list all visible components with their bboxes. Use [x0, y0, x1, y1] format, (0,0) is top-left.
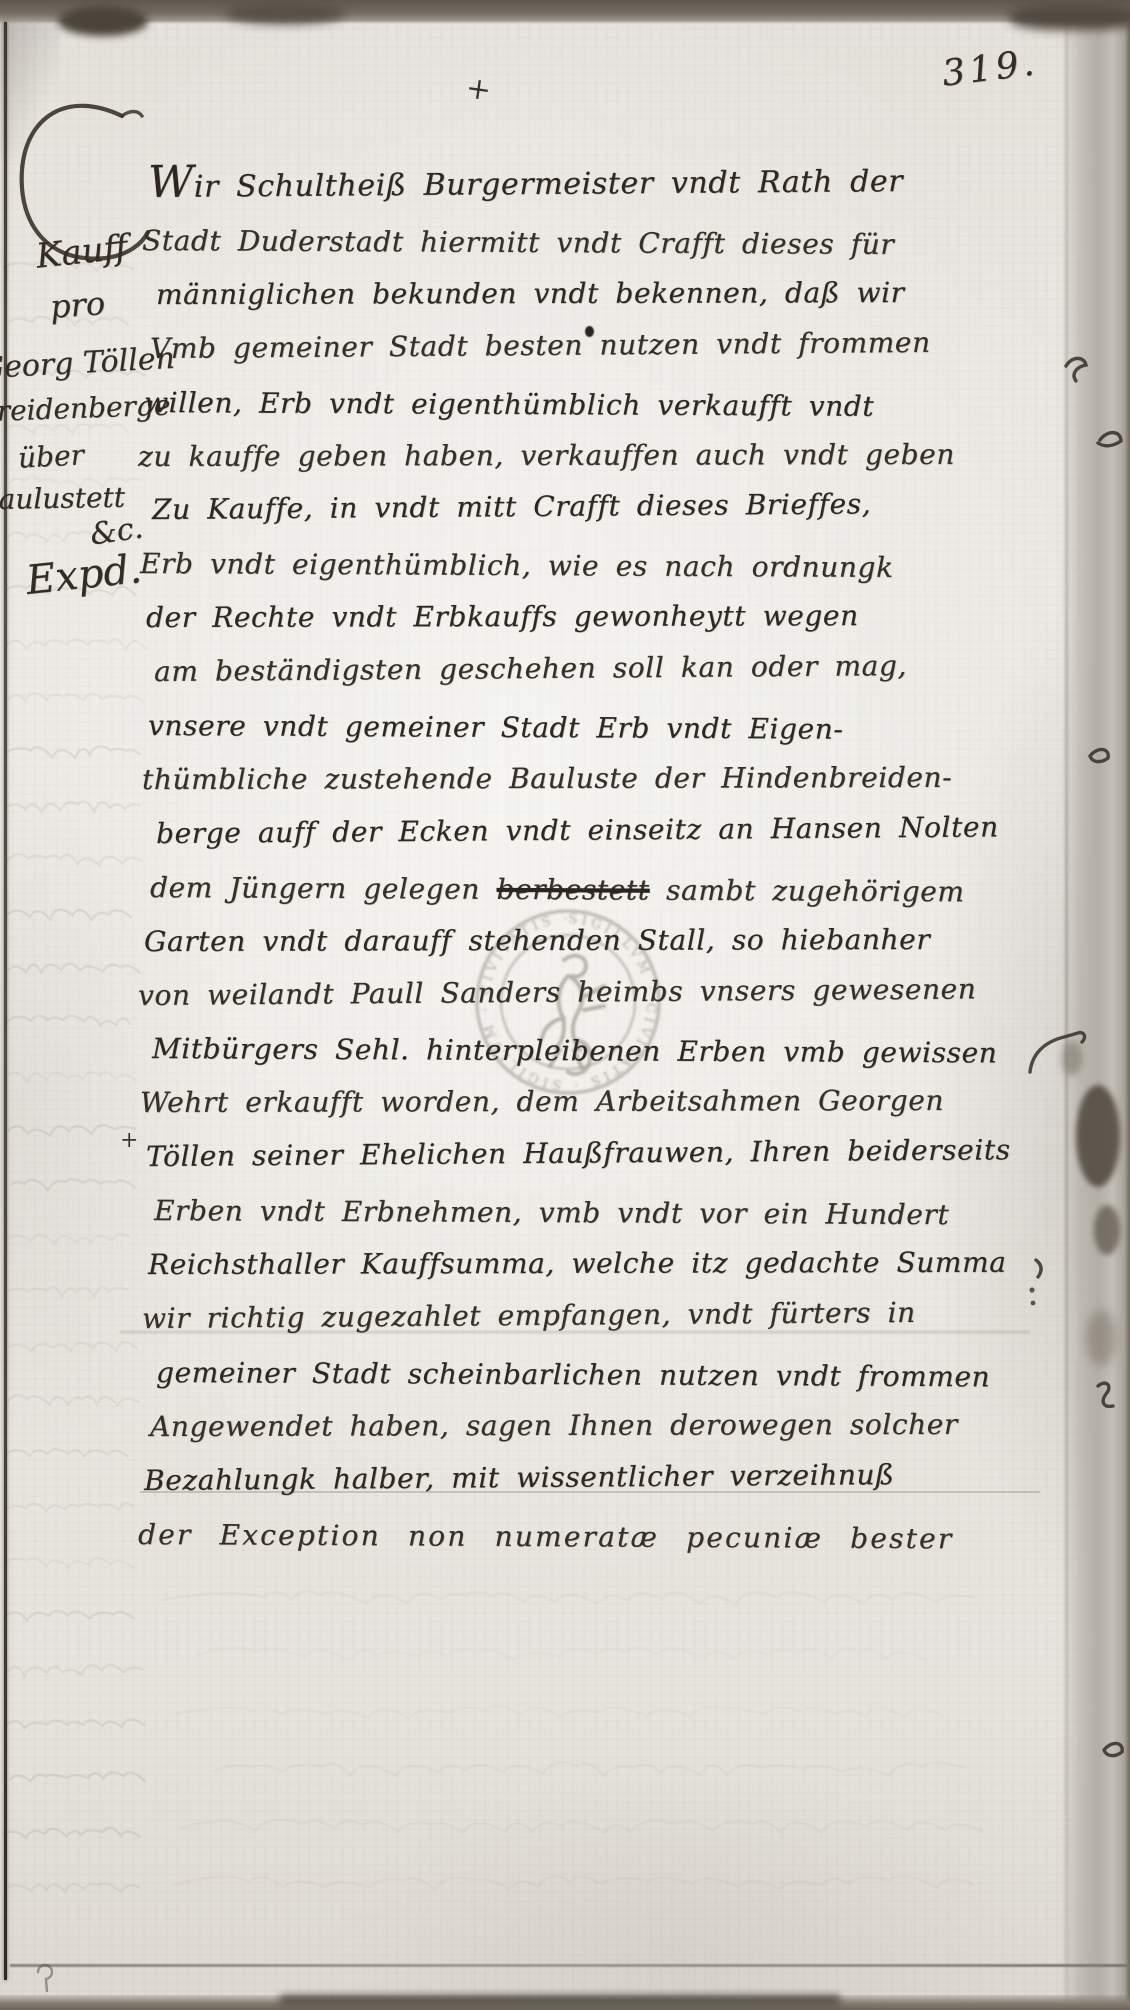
- manuscript-line: gemeiner Stadt scheinbarlichen nutzen vn…: [156, 1356, 990, 1393]
- manuscript-line: Mitbürgers Sehl. hinterpleibenen Erben v…: [152, 1032, 998, 1069]
- manuscript-line: männiglichen bekunden vndt bekennen, daß…: [156, 276, 905, 311]
- manuscript-line: Reichsthaller Kauffsumma, welche itz ged…: [148, 1246, 1007, 1281]
- manuscript-line: wir richtig zugezahlet empfangen, vndt f…: [142, 1296, 916, 1335]
- manuscript-line: Töllen seiner Ehelichen Haußfrauwen, Ihr…: [146, 1133, 1011, 1173]
- manuscript-line: Stadt Duderstadt hiermitt vndt Crafft di…: [142, 224, 895, 261]
- manuscript-line: berge auff der Ecken vndt einseitz an Ha…: [156, 810, 999, 850]
- manuscript-line: Wehrt erkaufft worden, dem Arbeitsahmen …: [140, 1084, 944, 1119]
- manuscript-line: thümbliche zustehende Bauluste der Hinde…: [142, 761, 952, 796]
- manuscript-line: zu kauffe geben haben, verkauffen auch v…: [138, 438, 955, 473]
- manuscript-line: Vmb gemeiner Stadt besten nutzen vndt fr…: [150, 326, 931, 365]
- manuscript-line: von weilandt Paull Sanders heimbs vnsers…: [138, 972, 977, 1012]
- opening-letter: W: [148, 157, 194, 208]
- manuscript-page: SIGILLVM · CIVITATIS · SIGILLVM · CIVITA…: [0, 0, 1130, 2010]
- manuscript-line: Bezahlungk halber, mit wissentlicher ver…: [144, 1458, 895, 1497]
- manuscript-line: der Exception non numeratæ pecuniæ beste…: [138, 1518, 954, 1555]
- struck-word: berbestett: [496, 873, 649, 907]
- insertion-cross-mark: +: [120, 1128, 138, 1153]
- manuscript-line: Zu Kauffe, in vndt mitt Crafft dieses Br…: [152, 487, 871, 526]
- manuscript-line: am beständigsten geschehen soll kan oder…: [154, 649, 907, 688]
- cross-mark: +: [464, 70, 494, 108]
- manuscript-line: willen, Erb vndt eigenthümblich verkauff…: [144, 386, 874, 423]
- manuscript-line: dem Jüngern gelegen berbestett sambt zug…: [150, 871, 965, 908]
- manuscript-body: Wir Schultheiß Burgermeister vndt Rath d…: [0, 0, 1130, 2010]
- manuscript-line: der Rechte vndt Erbkauffs gewonheytt weg…: [146, 599, 859, 634]
- manuscript-line: vnsere vndt gemeiner Stadt Erb vndt Eige…: [148, 709, 844, 746]
- manuscript-line: Erben vndt Erbnehmen, vmb vndt vor ein H…: [154, 1194, 949, 1231]
- manuscript-line: Erb vndt eigenthümblich, wie es nach ord…: [140, 547, 894, 584]
- manuscript-line: Garten vndt darauff stehenden Stall, so …: [144, 923, 930, 958]
- manuscript-line: Angewendet haben, sagen Ihnen derowegen …: [150, 1408, 958, 1443]
- manuscript-line: Wir Schultheiß Burgermeister vndt Rath d…: [148, 164, 903, 205]
